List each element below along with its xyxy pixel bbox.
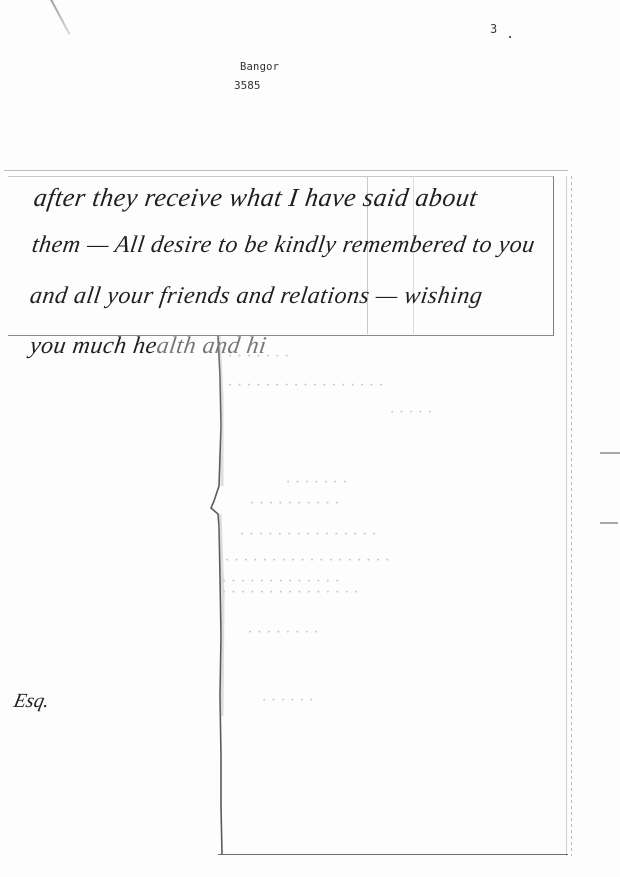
handwritten-line: and all your friends and relations — wis… — [28, 283, 484, 310]
bleed-through-text: ∙ ∙ ∙ ∙ ∙ ∙ ∙ ∙ ∙ ∙ — [250, 499, 340, 507]
handwritten-line-visible: you much he — [28, 333, 158, 359]
scanned-page: 3 Bangor 3585 after they receive what I … — [0, 0, 620, 877]
archive-reference-number: 3585 — [234, 79, 261, 92]
archive-location-label: Bangor — [240, 61, 279, 73]
bleed-through-text: ∙ ∙ ∙ ∙ ∙ ∙ ∙ — [228, 352, 289, 360]
bleed-through-text: ∙ ∙ ∙ ∙ ∙ ∙ ∙ ∙ ∙ ∙ ∙ ∙ ∙ ∙ ∙ — [240, 530, 377, 538]
sheet-right-edge-dashed — [571, 176, 572, 856]
handwritten-line: after they receive what I have said abou… — [32, 183, 480, 213]
bleed-through-text: ∙ ∙ ∙ ∙ ∙ ∙ — [262, 696, 314, 704]
bleed-through-text: ∙ ∙ ∙ ∙ ∙ — [390, 408, 432, 416]
margin-tab-mark — [600, 452, 620, 454]
scan-artifact-streak — [48, 0, 70, 35]
bleed-through-text: ∙ ∙ ∙ ∙ ∙ ∙ ∙ — [286, 478, 347, 486]
bleed-through-text: ∙ ∙ ∙ ∙ ∙ ∙ ∙ ∙ ∙ ∙ ∙ ∙ ∙ — [222, 577, 340, 585]
torn-edge — [204, 336, 234, 856]
page-number: 3 — [490, 22, 497, 36]
bleed-through-text: ∙ ∙ ∙ ∙ ∙ ∙ ∙ ∙ ∙ ∙ ∙ ∙ ∙ ∙ ∙ — [222, 588, 359, 596]
bleed-through-text: ∙ ∙ ∙ ∙ ∙ ∙ ∙ ∙ — [248, 628, 319, 636]
bleed-through-text: ∙ ∙ ∙ ∙ ∙ ∙ ∙ ∙ ∙ ∙ ∙ ∙ ∙ ∙ ∙ ∙ ∙ — [228, 381, 384, 389]
margin-tab-mark — [600, 522, 618, 524]
bleed-through-text: ∙ ∙ ∙ ∙ ∙ ∙ ∙ ∙ ∙ ∙ ∙ ∙ ∙ ∙ ∙ ∙ ∙ ∙ — [225, 556, 390, 564]
closing-mark: Esq. — [12, 690, 52, 713]
page-number-dot — [509, 36, 511, 38]
handwritten-line: them — All desire to be kindly remembere… — [30, 232, 537, 259]
